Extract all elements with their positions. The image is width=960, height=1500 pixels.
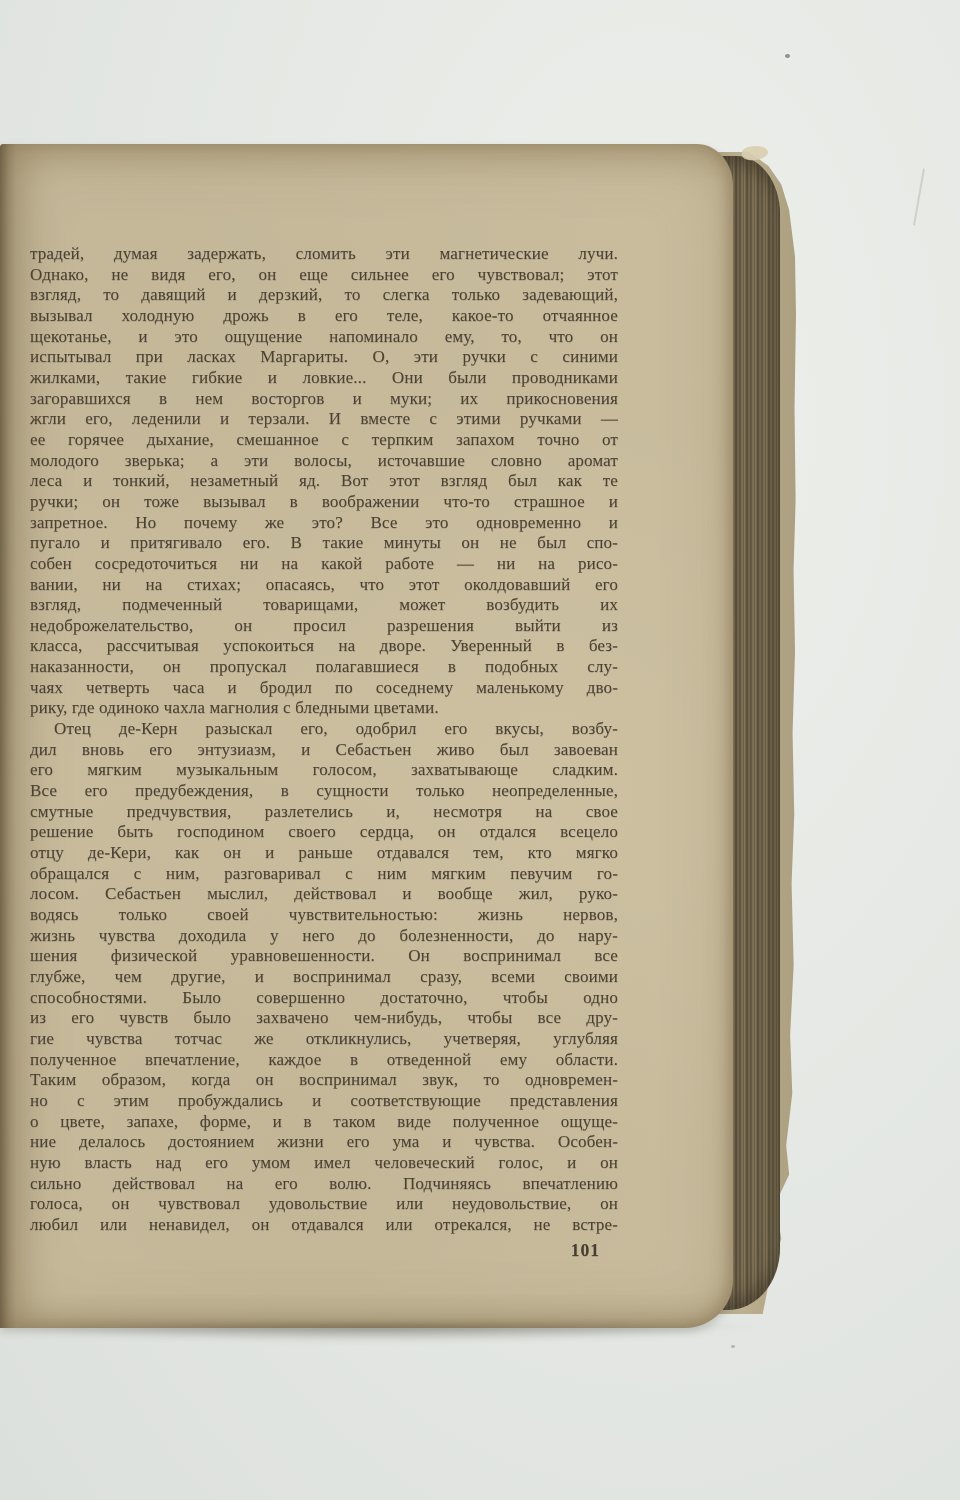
text-line: решение быть господином своего сердца, о… (30, 822, 618, 843)
book-page: традей, думая задержать, сломить эти маг… (0, 144, 733, 1328)
text-line: взгляд, то давящий и дерзкий, то слегка … (30, 285, 618, 306)
text-line: взгляд, подмеченный товарищами, может во… (30, 595, 618, 616)
text-line: леса и тонкий, незаметный яд. Вот этот в… (30, 471, 618, 492)
text-line: из его чувств было захвачено чем-нибудь,… (30, 1008, 618, 1029)
text-line: вызывал холодную дрожь в его теле, какое… (30, 306, 618, 327)
text-line: отцу де-Кери, как он и раньше отдавался … (30, 843, 618, 864)
text-line: но с этим пробуждались и соответствующие… (30, 1091, 618, 1112)
text-line: шения физической уравновешенности. Он во… (30, 946, 618, 967)
text-line: испытывал при ласках Маргариты. О, эти р… (30, 347, 618, 368)
dust-speck (731, 1345, 735, 1348)
background-scratch (913, 168, 925, 225)
text-line: собен сосредоточиться ни на какой работе… (30, 554, 618, 575)
text-line: щекотанье, и это ощущение напоминало ему… (30, 327, 618, 348)
text-line: ее горячее дыхание, смешанное с терпким … (30, 430, 618, 451)
text-line: голоса, он чувствовал удовольствие или н… (30, 1194, 618, 1215)
text-line: молодого зверька; а эти волосы, источавш… (30, 451, 618, 472)
text-line: запретное. Но почему же это? Все это одн… (30, 513, 618, 534)
text-line: Однако, не видя его, он еще сильнее его … (30, 265, 618, 286)
text-line: жизнь чувства доходила у него до болезне… (30, 926, 618, 947)
text-line: наказанности, он пропускал полагавшиеся … (30, 657, 618, 678)
text-line: ние делалось достоянием жизни его ума и … (30, 1132, 618, 1153)
text-line: чаях четверть часа и бродил по соседнему… (30, 678, 618, 699)
text-line: лосом. Себастьен мыслил, действовал и во… (30, 884, 618, 905)
text-line: загоравшихся в нем восторгов и муки; их … (30, 389, 618, 410)
book-shadow (4, 1324, 752, 1342)
text-line: обращался с ним, разговаривал с ним мягк… (30, 864, 618, 885)
text-line: водясь только своей чувствительностью: ж… (30, 905, 618, 926)
text-line: Таким образом, когда он воспринимал звук… (30, 1070, 618, 1091)
page-number: 101 (30, 1240, 600, 1261)
text-line: сильно действовал на его волю. Подчиняяс… (30, 1174, 618, 1195)
page-text: традей, думая задержать, сломить эти маг… (30, 244, 618, 1236)
dust-speck (785, 54, 790, 58)
text-line: смутные предчувствия, разлетелись и, нес… (30, 802, 618, 823)
text-line: о цвете, запахе, форме, и в таком виде п… (30, 1112, 618, 1133)
text-line: пугало и притягивало его. В такие минуты… (30, 533, 618, 554)
text-line: любил или ненавидел, он отдавался или от… (30, 1215, 618, 1236)
text-line: способностями. Было совершенно достаточн… (30, 988, 618, 1009)
text-line: Отец де-Керн разыскал его, одобрил его в… (30, 719, 618, 740)
text-line: жгли его, леденили и терзали. И вместе с… (30, 409, 618, 430)
text-line: Все его предубеждения, в сущности только… (30, 781, 618, 802)
text-line: его мягким музыкальным голосом, захватыв… (30, 760, 618, 781)
text-line: дил вновь его энтузиазм, и Себастьен жив… (30, 740, 618, 761)
text-line: жилками, такие гибкие и ловкие... Они бы… (30, 368, 618, 389)
text-line: гие чувства тотчас же откликнулись, учет… (30, 1029, 618, 1050)
text-line: полученное впечатление, каждое в отведен… (30, 1050, 618, 1071)
text-line: класса, рассчитывая успокоиться на дворе… (30, 636, 618, 657)
text-line: недоброжелательство, он просил разрешени… (30, 616, 618, 637)
book-photo-scene: традей, думая задержать, сломить эти маг… (0, 0, 960, 1500)
text-line: ную власть над его умом имел человечески… (30, 1153, 618, 1174)
text-line: ручки; он тоже вызывал в воображении что… (30, 492, 618, 513)
text-line: глубже, чем другие, и воспринимал сразу,… (30, 967, 618, 988)
text-line: традей, думая задержать, сломить эти маг… (30, 244, 618, 265)
text-line: рику, где одиноко чахла магнолия с бледн… (30, 698, 618, 719)
torn-paper-chip (741, 144, 769, 161)
text-line: вании, ни на стихах; опасаясь, что этот … (30, 575, 618, 596)
